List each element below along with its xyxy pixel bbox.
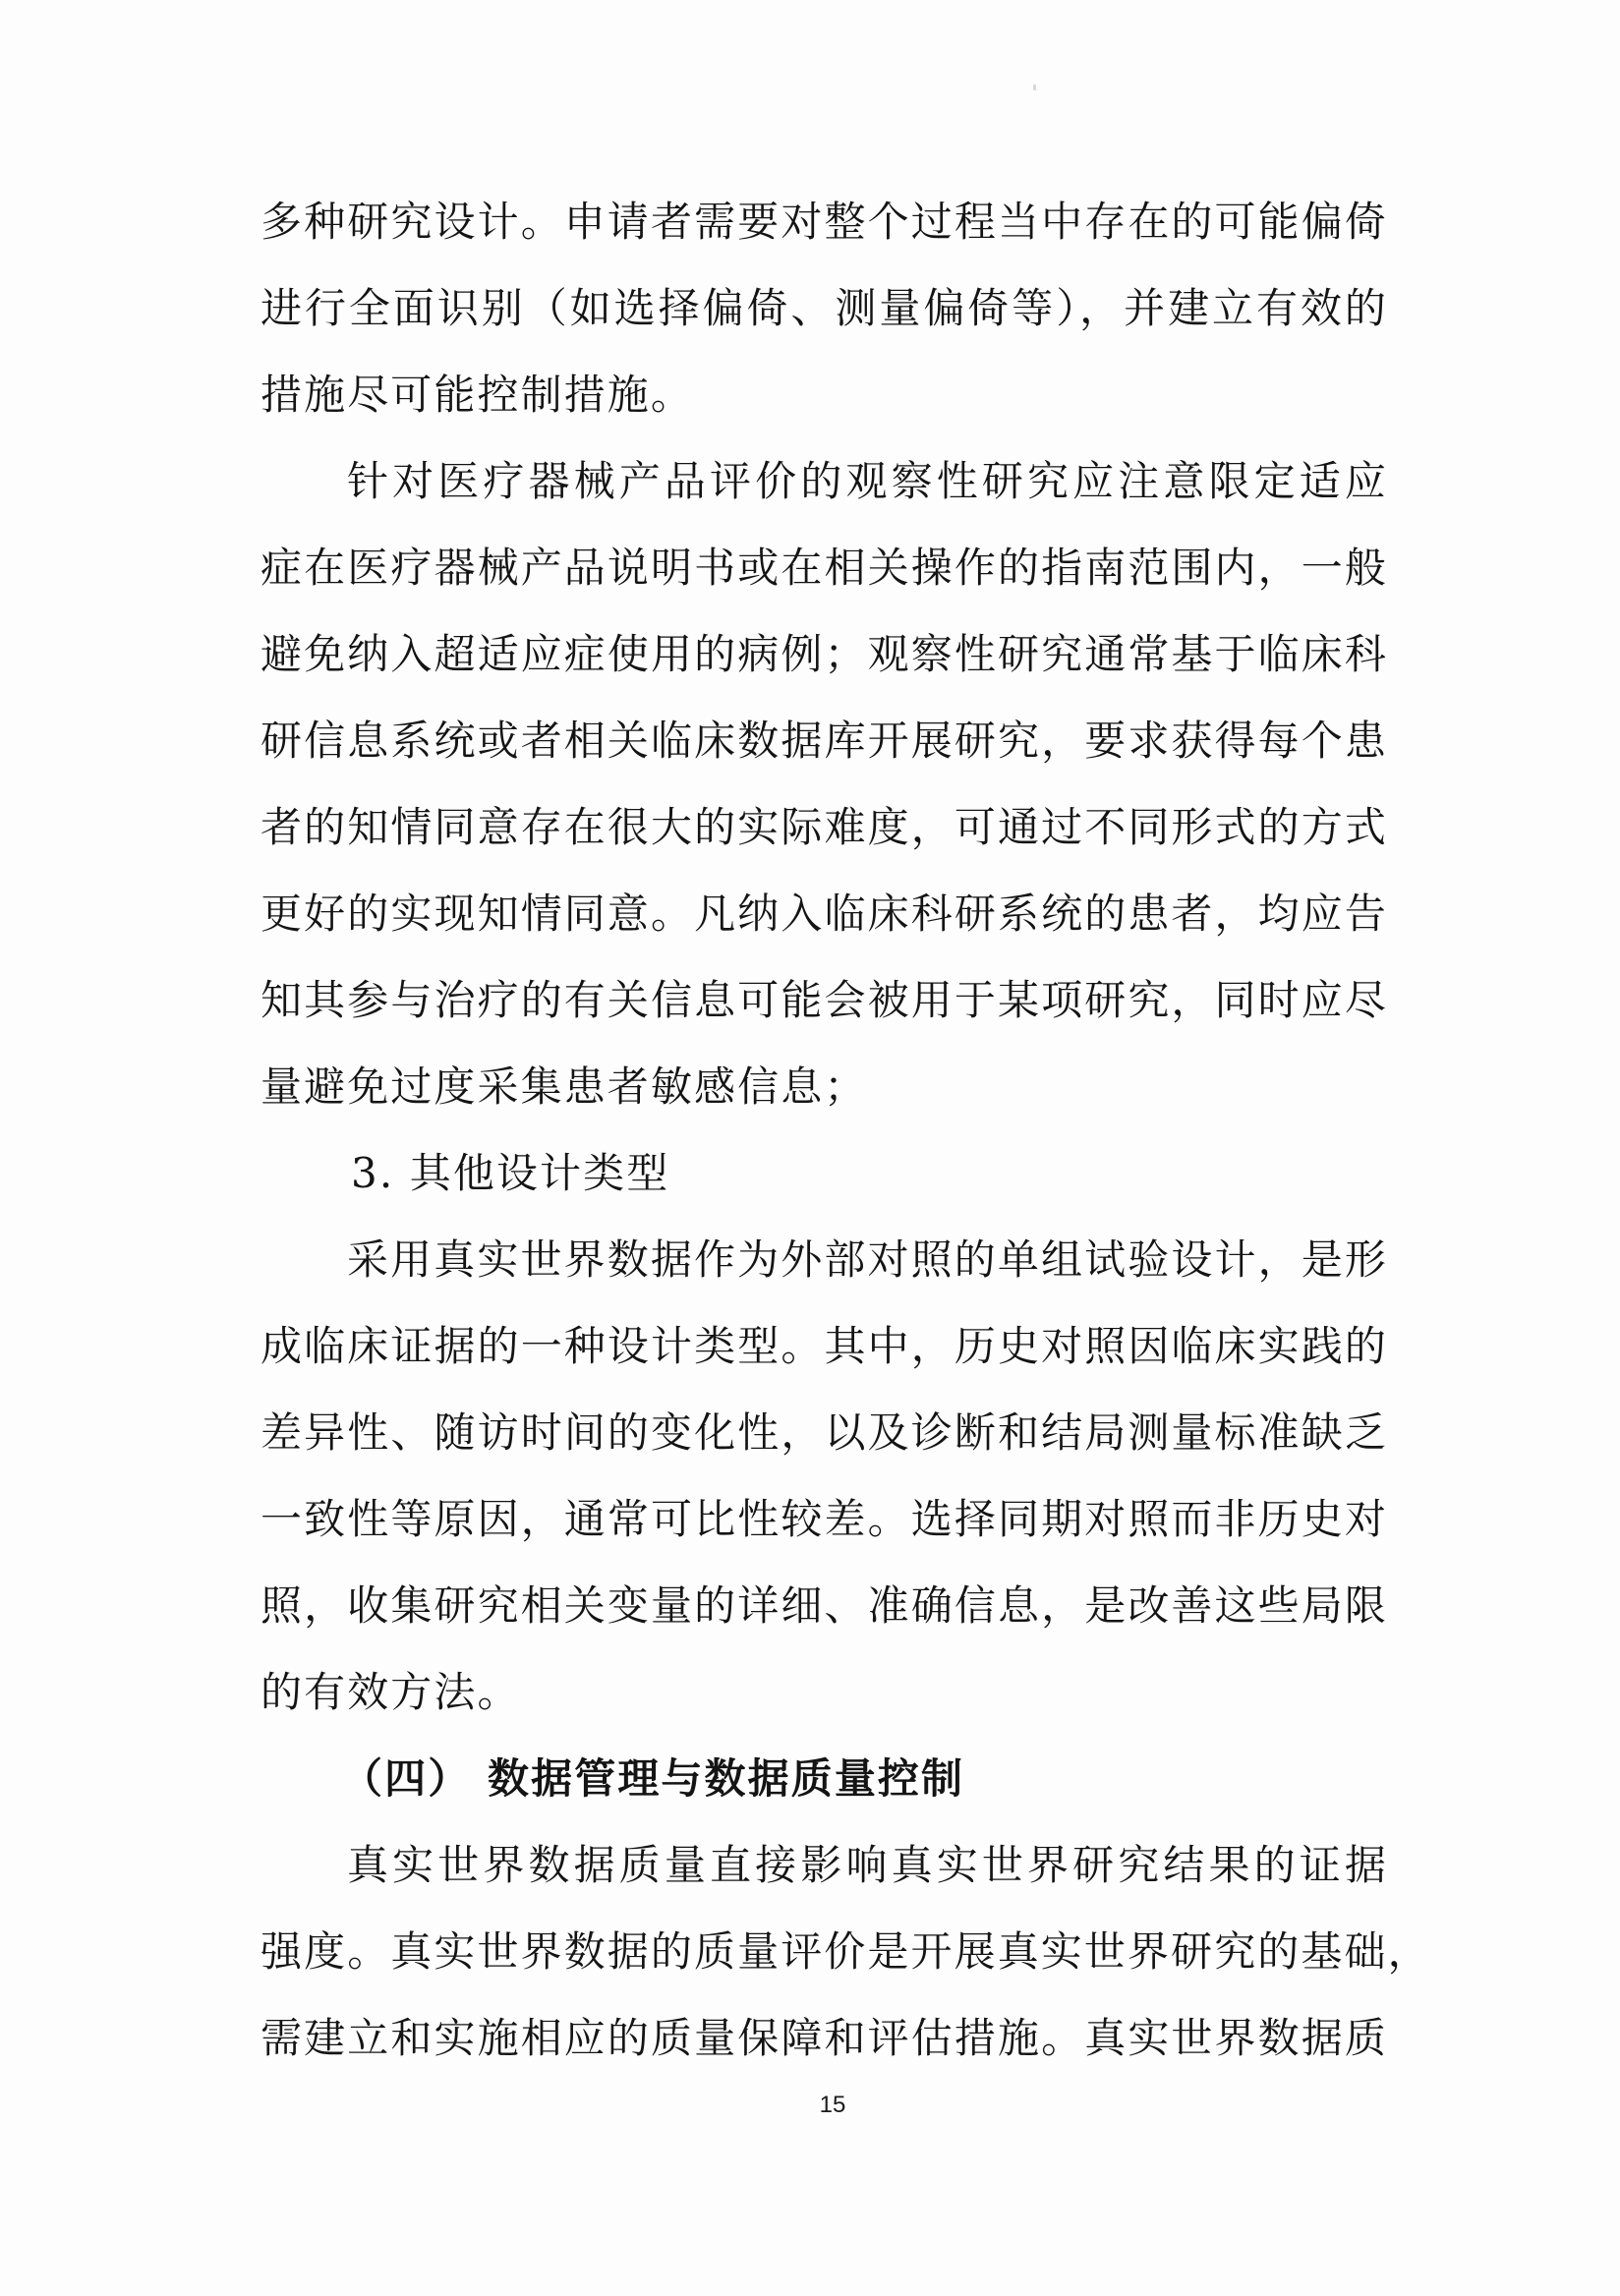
text-line: 成临床证据的一种设计类型。其中，历史对照因临床实践的: [260, 1303, 1388, 1390]
paragraph-first-line: 采用真实世界数据作为外部对照的单组试验设计，是形: [260, 1217, 1388, 1303]
section-heading: （四） 数据管理与数据质量控制: [260, 1736, 1391, 1822]
text-line: 多种研究设计。申请者需要对整个过程当中存在的可能偏倚: [260, 179, 1388, 265]
text-line: 强度。真实世界数据的质量评价是开展真实世界研究的基础，: [260, 1909, 1388, 1995]
text-line: 需建立和实施相应的质量保障和评估措施。真实世界数据质: [260, 1995, 1388, 2082]
text-line: 更好的实现知情同意。凡纳入临床科研系统的患者，均应告: [260, 871, 1388, 957]
body-text: 多种研究设计。申请者需要对整个过程当中存在的可能偏倚 进行全面识别（如选择偏倚、…: [260, 179, 1391, 2082]
text-line: 一致性等原因，通常可比性较差。选择同期对照而非历史对: [260, 1476, 1388, 1563]
text-line: 知其参与治疗的有关信息可能会被用于某项研究，同时应尽: [260, 957, 1388, 1044]
page-number: 15: [0, 2092, 1620, 2119]
text-line: 避免纳入超适应症使用的病例；观察性研究通常基于临床科: [260, 611, 1388, 698]
paragraph-first-line: 真实世界数据质量直接影响真实世界研究结果的证据: [260, 1822, 1388, 1909]
text-line: 的有效方法。: [260, 1649, 1391, 1736]
text-line: 者的知情同意存在很大的实际难度，可通过不同形式的方式: [260, 784, 1388, 871]
text-line: 措施尽可能控制措施。: [260, 352, 1391, 438]
scan-artifact: [1033, 85, 1036, 90]
text-line: 研信息系统或者相关临床数据库开展研究，要求获得每个患: [260, 698, 1388, 784]
document-page: 多种研究设计。申请者需要对整个过程当中存在的可能偏倚 进行全面识别（如选择偏倚、…: [0, 0, 1620, 2296]
text-line: 症在医疗器械产品说明书或在相关操作的指南范围内，一般: [260, 525, 1388, 611]
text-line: 量避免过度采集患者敏感信息；: [260, 1044, 1391, 1130]
text-line: 差异性、随访时间的变化性，以及诊断和结局测量标准缺乏: [260, 1390, 1388, 1476]
subsection-heading: 3. 其他设计类型: [260, 1130, 1391, 1217]
paragraph-first-line: 针对医疗器械产品评价的观察性研究应注意限定适应: [260, 438, 1388, 525]
text-line: 进行全面识别（如选择偏倚、测量偏倚等），并建立有效的: [260, 265, 1388, 352]
text-line: 照，收集研究相关变量的详细、准确信息，是改善这些局限: [260, 1563, 1388, 1649]
